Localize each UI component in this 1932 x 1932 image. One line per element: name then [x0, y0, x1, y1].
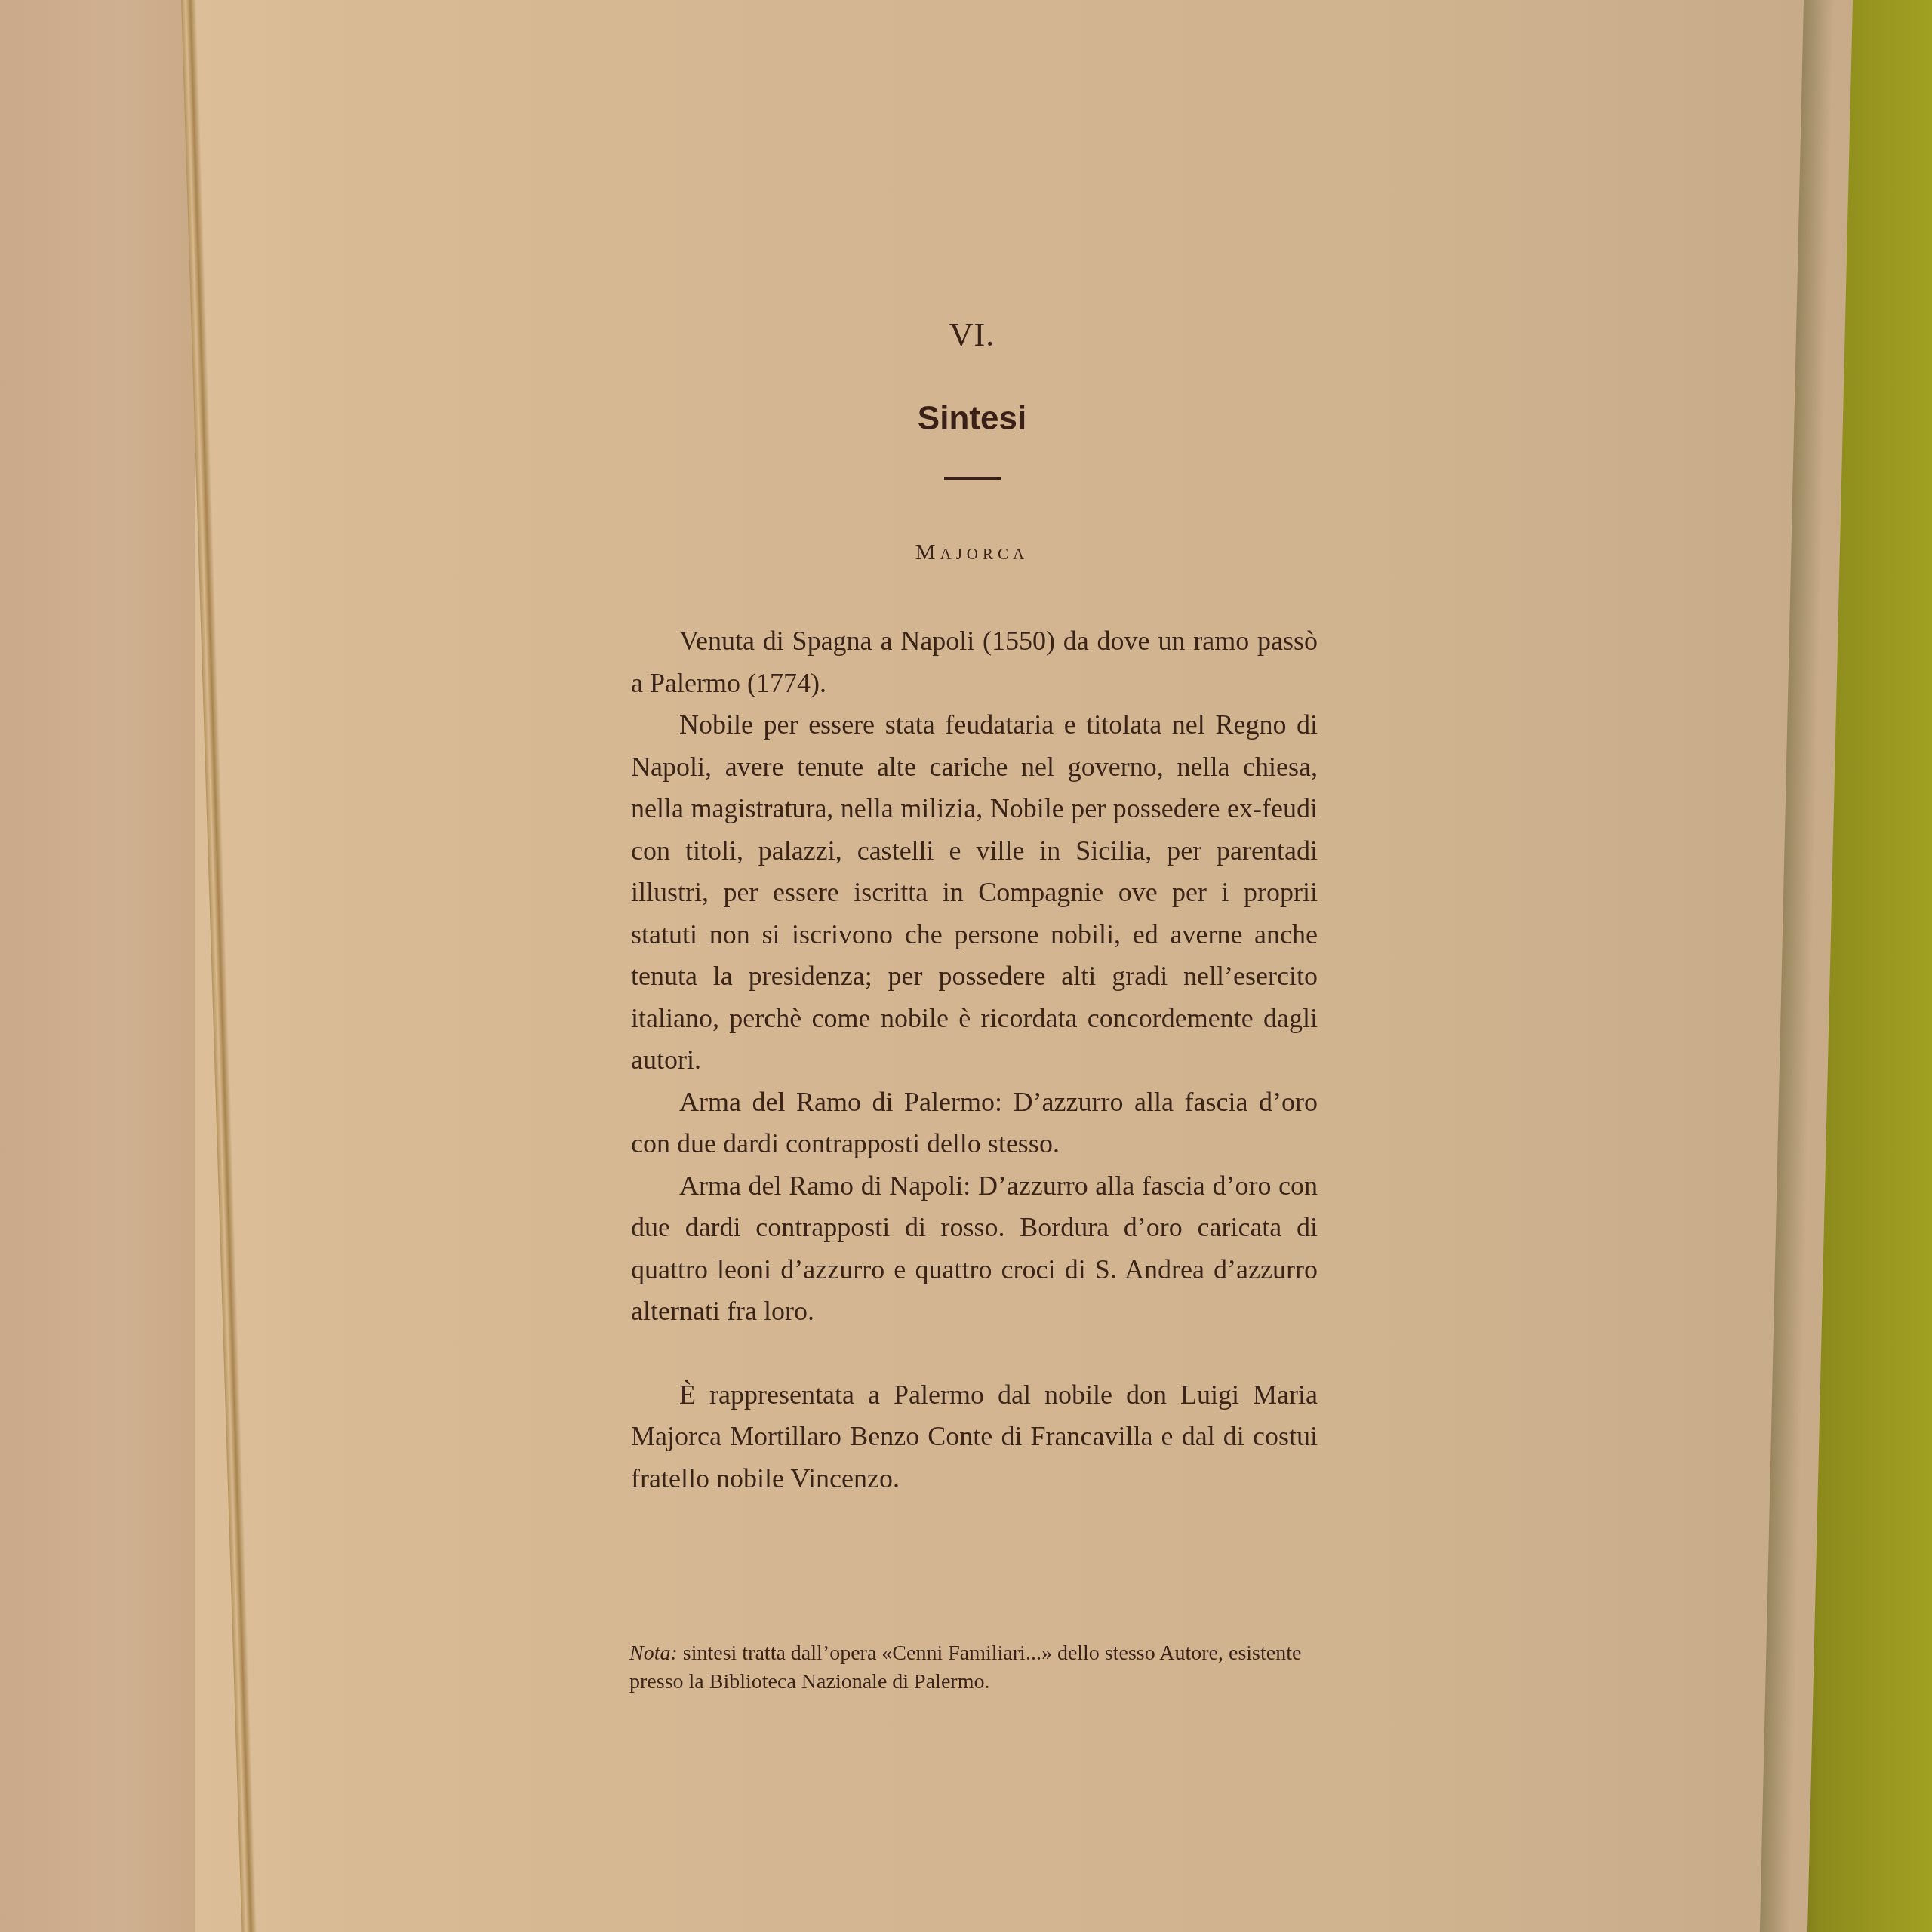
chapter-title: Sintesi [0, 400, 1932, 438]
title-divider [944, 477, 1001, 480]
paragraph-nobility: Nobile per essere stata feudataria e tit… [631, 704, 1318, 1081]
page-content: VI. Sintesi Majorca Venuta di Spagna a N… [0, 0, 1932, 1932]
footnote-text: sintesi tratta dall’opera «Cenni Familia… [629, 1641, 1301, 1694]
paragraph-arms-palermo: Arma del Ramo di Palermo: D’azzurro alla… [631, 1081, 1318, 1165]
body-text: Venuta di Spagna a Napoli (1550) da dove… [631, 620, 1318, 1500]
paragraph-origin: Venuta di Spagna a Napoli (1550) da dove… [631, 620, 1318, 704]
footnote: Nota: sintesi tratta dall’opera «Cenni F… [629, 1639, 1324, 1697]
footnote-label: Nota: [629, 1641, 678, 1665]
family-name-heading: Majorca [0, 540, 1932, 565]
paragraph-arms-napoli: Arma del Ramo di Napoli: D’azzurro alla … [631, 1165, 1318, 1333]
paragraph-representation: È rappresentata a Palermo dal nobile don… [631, 1374, 1318, 1500]
chapter-number: VI. [0, 315, 1932, 354]
